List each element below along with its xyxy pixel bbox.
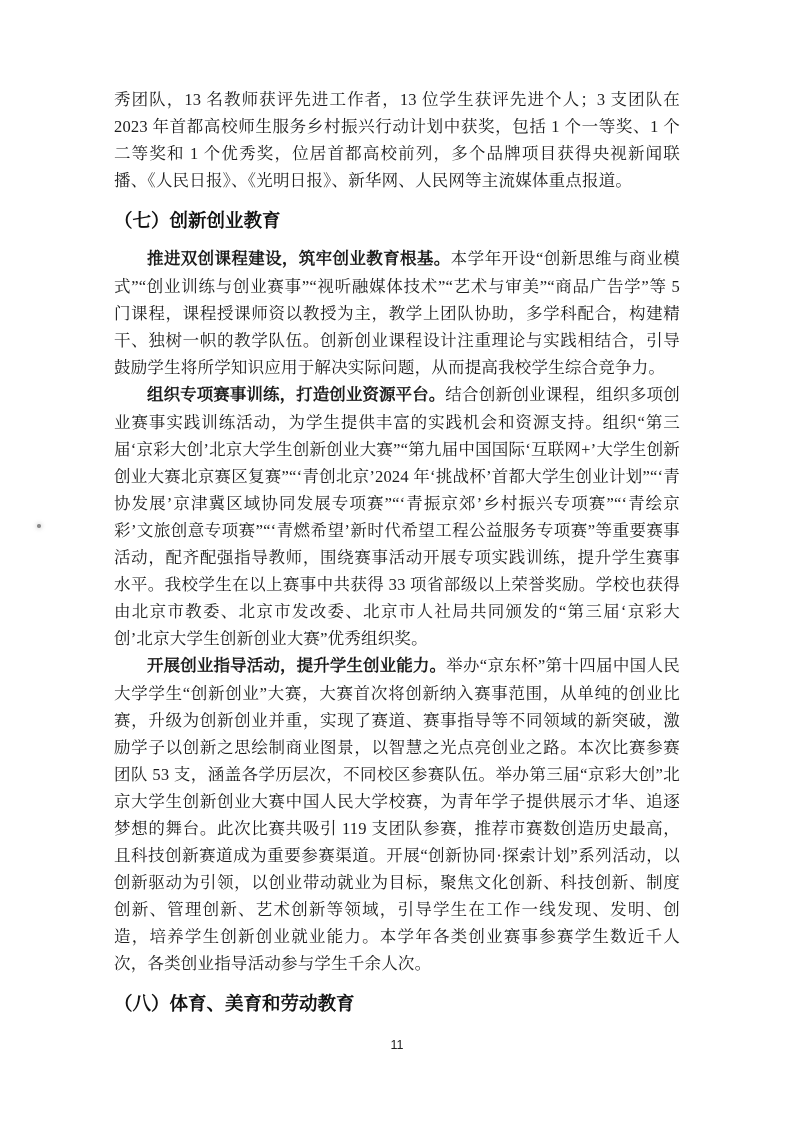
section-heading-sports-arts-labor: （八）体育、美育和劳动教育 xyxy=(114,991,680,1017)
paragraph-dual-innovation-courses: 推进双创课程建设，筑牢创业教育根基。本学年开设“创新思维与商业模式”“创业训练与… xyxy=(114,245,680,381)
paragraph-lead-text: 组织专项赛事训练，打造创业资源平台。 xyxy=(147,386,445,404)
paragraph-body-text: 举办“京东杯”第十四届中国人民大学学生“创新创业”大赛，大赛首次将创新纳入赛事范… xyxy=(114,656,680,973)
paragraph-entrepreneurship-guidance: 开展创业指导活动，提升学生创业能力。举办“京东杯”第十四届中国人民大学学生“创新… xyxy=(114,652,680,977)
paragraph-body-text: 结合创新创业课程，组织多项创业赛事实践训练活动，为学生提供丰富的实践机会和资源支… xyxy=(114,385,680,648)
paragraph-competition-training: 组织专项赛事训练，打造创业资源平台。结合创新创业课程，组织多项创业赛事实践训练活… xyxy=(114,381,680,652)
document-page: 秀团队，13 名教师获评先进工作者，13 位学生获评先进个人；3 支团队在 20… xyxy=(0,0,794,1122)
section-heading-innovation-entrepreneurship: （七）创新创业教育 xyxy=(114,208,680,234)
paragraph-lead-text: 开展创业指导活动，提升学生创业能力。 xyxy=(147,657,446,675)
page-number: 11 xyxy=(0,1038,794,1052)
paragraph-lead-text: 推进双创课程建设，筑牢创业教育根基。 xyxy=(147,250,451,268)
paragraph-body-text: 本学年开设“创新思维与商业模式”“创业训练与创业赛事”“视听融媒体技术”“艺术与… xyxy=(114,249,680,377)
paragraph-awards-continuation: 秀团队，13 名教师获评先进工作者，13 位学生获评先进个人；3 支团队在 20… xyxy=(114,86,680,194)
document-content: 秀团队，13 名教师获评先进工作者，13 位学生获评先进个人；3 支团队在 20… xyxy=(114,86,680,1028)
scan-artifact-dot xyxy=(37,524,41,528)
